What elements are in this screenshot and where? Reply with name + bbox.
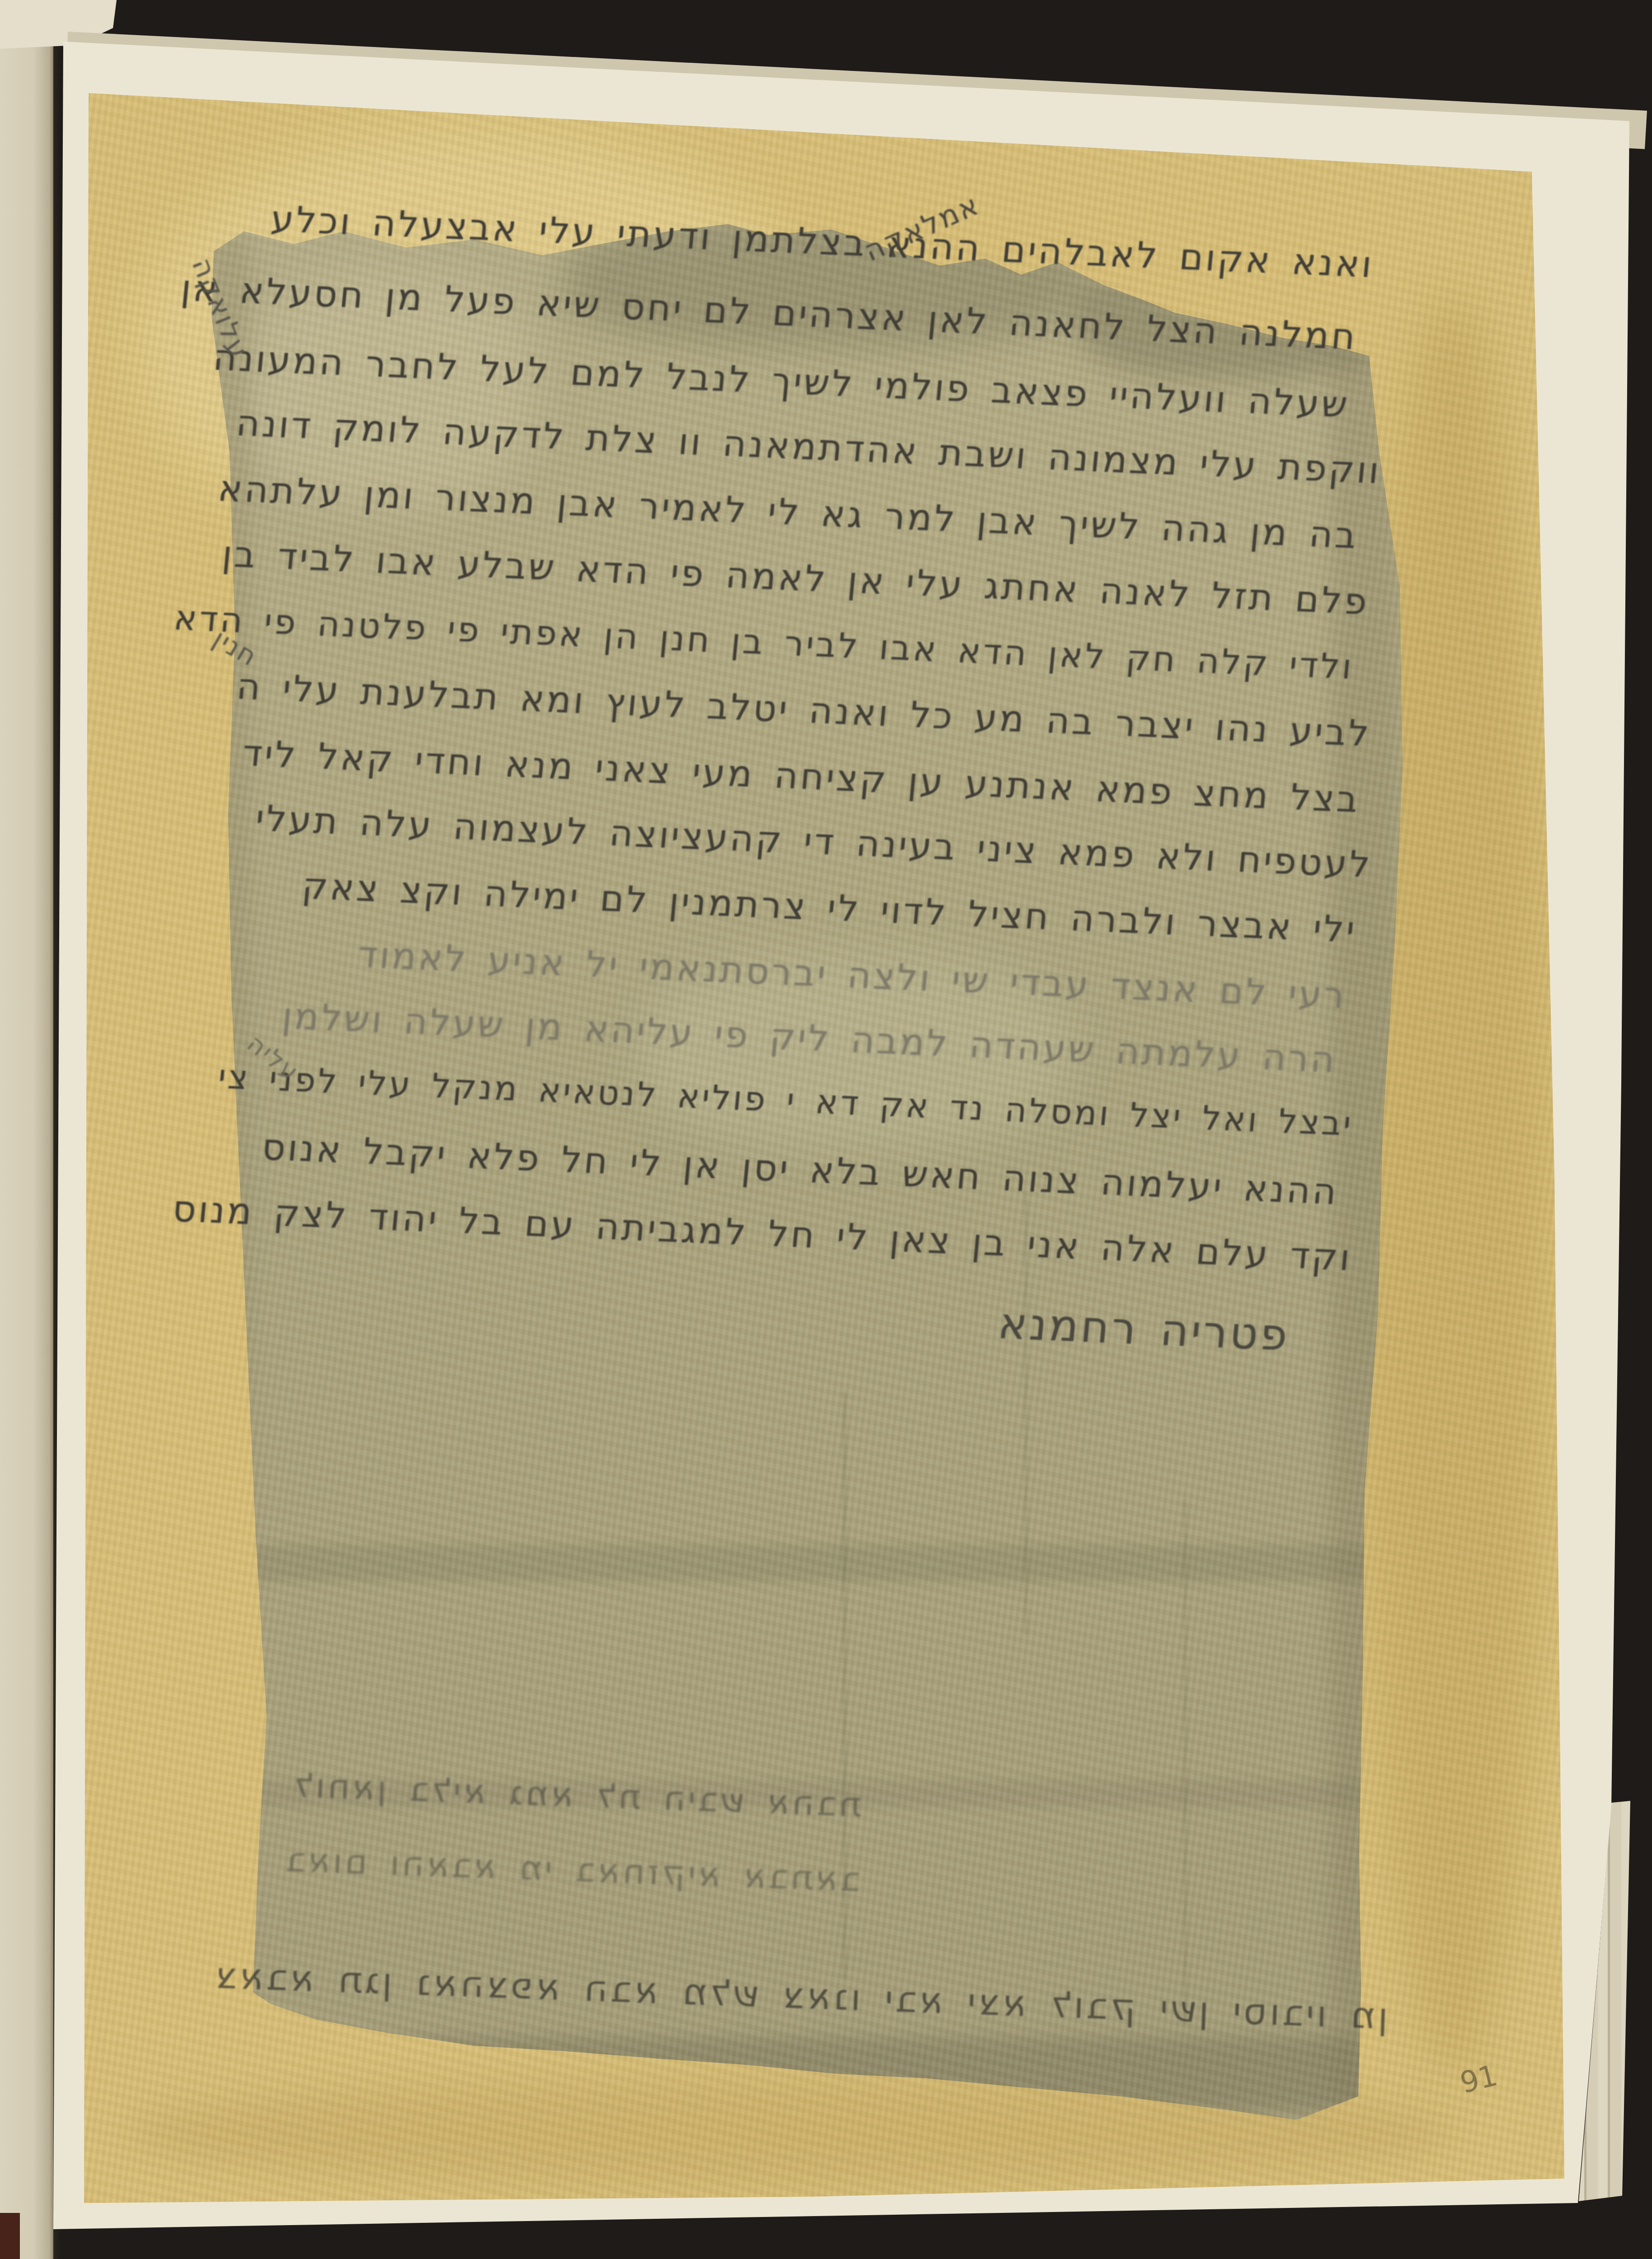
manuscript-line: ואנא אקום לאבלהים ההנא בצלתמן ודעתי עלי … (269, 198, 1375, 286)
manuscript-scan: 91 ואנא אקום לאבלהים ההנא בצלתמן ודעתי ע… (0, 0, 1652, 2259)
handwriting-layer: ואנא אקום לאבלהים ההנא בצלתמן ודעתי עלי … (0, 0, 1652, 2259)
verso-showthrough-line: באום והאבא מי באחזקיא אבתאב (259, 1839, 884, 1900)
verso-showthrough-line: צאבא תגן נאהצפא הבא מלש צאנו יבא יצא לוב… (212, 1954, 1306, 2034)
verso-showthrough-line: לוחאן בליא גמא לת היבש אהבת (280, 1765, 873, 1825)
manuscript-final-line: פטריה רחמנא (996, 1298, 1292, 1361)
